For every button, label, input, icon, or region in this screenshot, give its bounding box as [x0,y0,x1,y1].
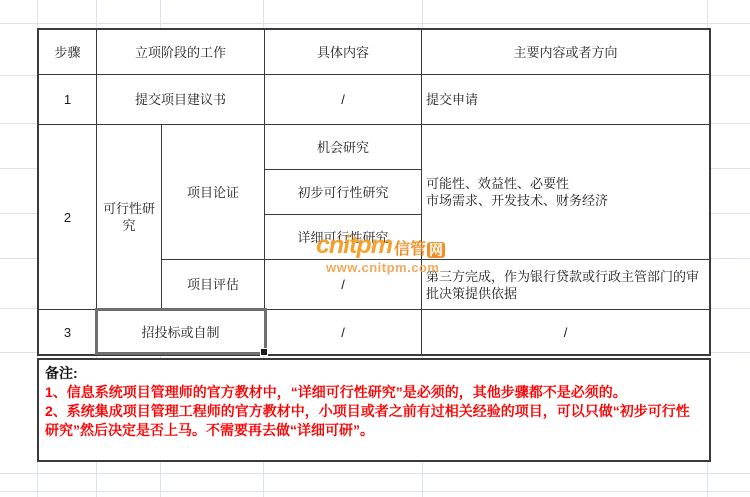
notes-title: 备注: [45,364,703,383]
gridline [0,491,750,492]
fill-handle[interactable] [260,348,268,356]
cell-r2-work[interactable]: 可行性研究 [97,125,162,310]
gridline [0,473,750,474]
project-initiation-table: 步骤 立项阶段的工作 具体内容 主要内容或者方向 1 提交项目建议书 / 提交申… [37,28,711,356]
cell-r1-main[interactable]: 提交申请 [422,75,709,125]
notes-cell[interactable]: 备注: 1、信息系统项目管理师的官方教材中，“详细可行性研究”是必须的，其他步骤… [37,358,711,462]
watermark-logo-text: cnitpm [316,233,392,258]
cell-r1-step[interactable]: 1 [39,75,97,125]
cell-r3-step[interactable]: 3 [39,310,97,354]
watermark-logo-net-badge: 网 [427,242,445,258]
cell-r1-work[interactable]: 提交项目建议书 [97,75,265,125]
cell-demonstration-main[interactable]: 可能性、效益性、必要性 市场需求、开发技术、财务经济 [422,125,709,260]
feasibility-label: 可行性研究 [97,200,161,234]
cell-evaluation-main[interactable]: 第三方完成，作为银行贷款或行政主管部门的审批决策提供依据 [422,260,709,310]
cell-selection-border[interactable] [95,308,267,355]
evaluation-main-text: 第三方完成，作为银行贷款或行政主管部门的审批决策提供依据 [426,268,705,302]
watermark-url: www.cnitpm.com [326,261,445,274]
cell-r3-detail[interactable]: / [265,310,422,354]
notes-line-1: 1、信息系统项目管理师的官方教材中，“详细可行性研究”是必须的，其他步骤都不是必… [45,383,703,402]
demonstration-main-line2: 市场需求、开发技术、财务经济 [426,192,608,209]
cell-demonstration-item-0[interactable]: 机会研究 [265,125,422,170]
cell-r2-step[interactable]: 2 [39,125,97,310]
cell-r1-detail[interactable]: / [265,75,422,125]
cnitpm-watermark: cnitpm 信管 网 www.cnitpm.com [316,233,445,274]
cell-r3-main[interactable]: / [422,310,709,354]
header-cell-detail[interactable]: 具体内容 [265,30,422,75]
cell-evaluation-label[interactable]: 项目评估 [162,260,265,310]
header-cell-work[interactable]: 立项阶段的工作 [97,30,265,75]
header-cell-main[interactable]: 主要内容或者方向 [422,30,709,75]
spreadsheet-canvas: 步骤 立项阶段的工作 具体内容 主要内容或者方向 1 提交项目建议书 / 提交申… [0,0,750,497]
demonstration-main-line1: 可能性、效益性、必要性 [426,175,569,192]
header-cell-step[interactable]: 步骤 [39,30,97,75]
cell-demonstration-item-1[interactable]: 初步可行性研究 [265,170,422,215]
cell-demonstration-label[interactable]: 项目论证 [162,125,265,260]
notes-line-2: 2、系统集成项目管理工程师的官方教材中，小项目或者之前有过相关经验的项目，可以只… [45,402,703,440]
watermark-logo-cn: 信管 [394,242,426,258]
gridline [0,23,750,24]
